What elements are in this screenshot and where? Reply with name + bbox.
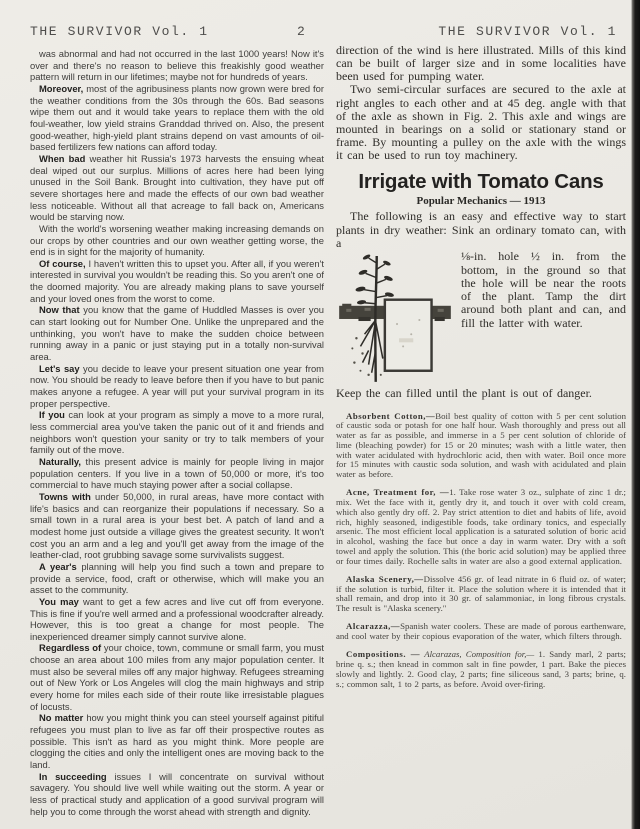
- recipe-lead: Alaska Scenery,—: [346, 574, 424, 584]
- article-closing: Keep the can filled until the plant is o…: [336, 387, 626, 400]
- body-paragraph: When bad weather hit Russia's 1973 harve…: [30, 153, 324, 223]
- tomato-can: [385, 300, 432, 371]
- paragraph-lead: Of course,: [39, 258, 86, 269]
- body-paragraph: Naturally, this present advice is mainly…: [30, 456, 324, 491]
- paragraph-lead: In succeeding: [39, 771, 107, 782]
- body-paragraph: Moreover, most of the agribusiness plant…: [30, 83, 324, 153]
- recipe-lead: Alcarazza,—: [346, 621, 400, 631]
- paragraph-lead: When bad: [39, 153, 85, 164]
- paragraph-lead: A year's: [39, 561, 77, 572]
- body-paragraph: A year's planning will help you find suc…: [30, 561, 324, 596]
- windmill-paragraph: Two semi-circular surfaces are secured t…: [336, 83, 626, 162]
- article-heading: Irrigate with Tomato Cans: [336, 170, 626, 194]
- paragraph-lead: Moreover,: [39, 83, 83, 94]
- recipe-text: 1. Take rose water 3 oz., sulphate of zi…: [336, 487, 626, 565]
- body-paragraph: You may want to get a few acres and live…: [30, 596, 324, 643]
- recipes-section: Absorbent Cotton,—Boil best quality of c…: [336, 412, 626, 690]
- recipe-lead: Compositions. —: [346, 649, 420, 659]
- body-paragraph: was abnormal and had not occurred in the…: [30, 48, 324, 83]
- paragraph-lead: No matter: [39, 712, 83, 723]
- body-paragraph: Regardless of your choice, town, commune…: [30, 642, 324, 712]
- body-paragraph: In succeeding issues I will concentrate …: [30, 771, 324, 818]
- scanned-document-page: THE SURVIVOR Vol. 1 2 THE SURVIVOR Vol. …: [0, 0, 640, 829]
- header-title-left: THE SURVIVOR Vol. 1: [30, 24, 209, 39]
- paragraph-lead: Regardless of: [39, 642, 101, 653]
- page-header: THE SURVIVOR Vol. 1 2 THE SURVIVOR Vol. …: [0, 24, 631, 44]
- right-text-column: direction of the wind is here illustrate…: [336, 44, 626, 698]
- article-body: The following is an easy and effective w…: [336, 210, 626, 400]
- body-paragraph: With the world's worsening weather makin…: [30, 223, 324, 258]
- recipe-lead: Acne, Treatment for, —: [346, 487, 449, 497]
- article-byline: Popular Mechanics — 1913: [336, 195, 626, 207]
- body-paragraph: Of course, I haven't written this to ups…: [30, 258, 324, 305]
- plant-roots: [360, 320, 382, 379]
- paragraph-lead: Towns with: [39, 491, 91, 502]
- left-text-column: was abnormal and had not occurred in the…: [30, 48, 324, 817]
- body-paragraph: Let's say you decide to leave your prese…: [30, 363, 324, 410]
- windmill-paragraph: direction of the wind is here illustrate…: [336, 44, 626, 83]
- recipe-paragraph: Absorbent Cotton,—Boil best quality of c…: [336, 412, 626, 480]
- paragraph-lead: You may: [39, 596, 79, 607]
- plant-in-tomato-can-illustration: [336, 253, 454, 387]
- recipe-paragraph: Acne, Treatment for, —1. Take rose water…: [336, 488, 626, 566]
- paragraph-text: can look at your program as simply a mov…: [30, 409, 324, 455]
- paragraph-text: was abnormal and had not occurred in the…: [30, 48, 324, 82]
- recipe-paragraph: Alcarazza,—Spanish water coolers. These …: [336, 622, 626, 642]
- body-paragraph: Now that you know that the game of Huddl…: [30, 304, 324, 362]
- paragraph-lead: Naturally,: [39, 456, 81, 467]
- page-number: 2: [297, 24, 306, 39]
- body-paragraph: Towns with under 50,000, in rural areas,…: [30, 491, 324, 561]
- recipe-italic: Alcarazas, Composition for,—: [424, 649, 534, 659]
- paragraph-lead: Let's say: [39, 363, 80, 374]
- body-paragraph: No matter how you might think you can st…: [30, 712, 324, 770]
- paragraph-lead: Now that: [39, 304, 80, 315]
- recipe-paragraph: Compositions. — Alcarazas, Composition f…: [336, 650, 626, 689]
- header-title-right: THE SURVIVOR Vol. 1: [438, 24, 617, 39]
- scan-edge-strip: [631, 0, 640, 829]
- recipe-text: Boil best quality of cotton with 5 per c…: [336, 411, 626, 480]
- article-intro: The following is an easy and effective w…: [336, 210, 626, 250]
- recipe-paragraph: Alaska Scenery,—Dissolve 456 gr. of lead…: [336, 575, 626, 614]
- paragraph-text: With the world's worsening weather makin…: [30, 223, 324, 257]
- recipe-lead: Absorbent Cotton,—: [346, 411, 435, 421]
- paragraph-lead: If you: [39, 409, 65, 420]
- body-paragraph: If you can look at your program as simpl…: [30, 409, 324, 456]
